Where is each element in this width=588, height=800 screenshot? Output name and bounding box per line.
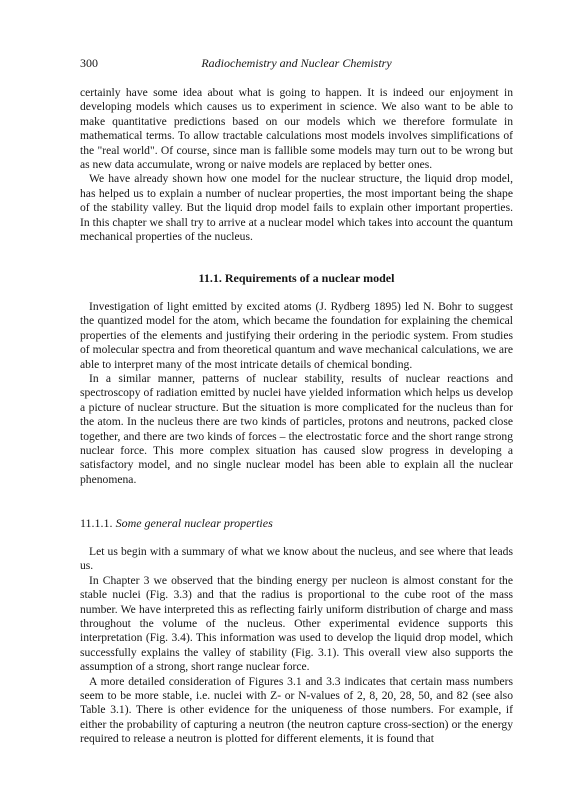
subsection-number: 11.1.1. (80, 516, 113, 530)
intro-text: certainly have some idea about what is g… (80, 86, 513, 244)
paragraph: In a similar manner, patterns of nuclear… (80, 372, 513, 487)
paragraph: We have already shown how one model for … (80, 172, 513, 244)
subsection-title: Some general nuclear properties (116, 516, 273, 530)
running-header: 300 Radiochemistry and Nuclear Chemistry (80, 55, 513, 71)
paragraph: In Chapter 3 we observed that the bindin… (80, 574, 513, 675)
paragraph: Investigation of light emitted by excite… (80, 300, 513, 372)
paragraph: A more detailed consideration of Figures… (80, 675, 513, 747)
section-text: Investigation of light emitted by excite… (80, 300, 513, 487)
subsection-text: Let us begin with a summary of what we k… (80, 545, 513, 747)
section-heading: 11.1. Requirements of a nuclear model (80, 270, 513, 286)
subsection-heading: 11.1.1. Some general nuclear properties (80, 515, 513, 531)
paragraph: certainly have some idea about what is g… (80, 86, 513, 172)
paragraph: Let us begin with a summary of what we k… (80, 545, 513, 574)
book-title: Radiochemistry and Nuclear Chemistry (80, 55, 513, 71)
document-page: 300 Radiochemistry and Nuclear Chemistry… (0, 0, 588, 800)
